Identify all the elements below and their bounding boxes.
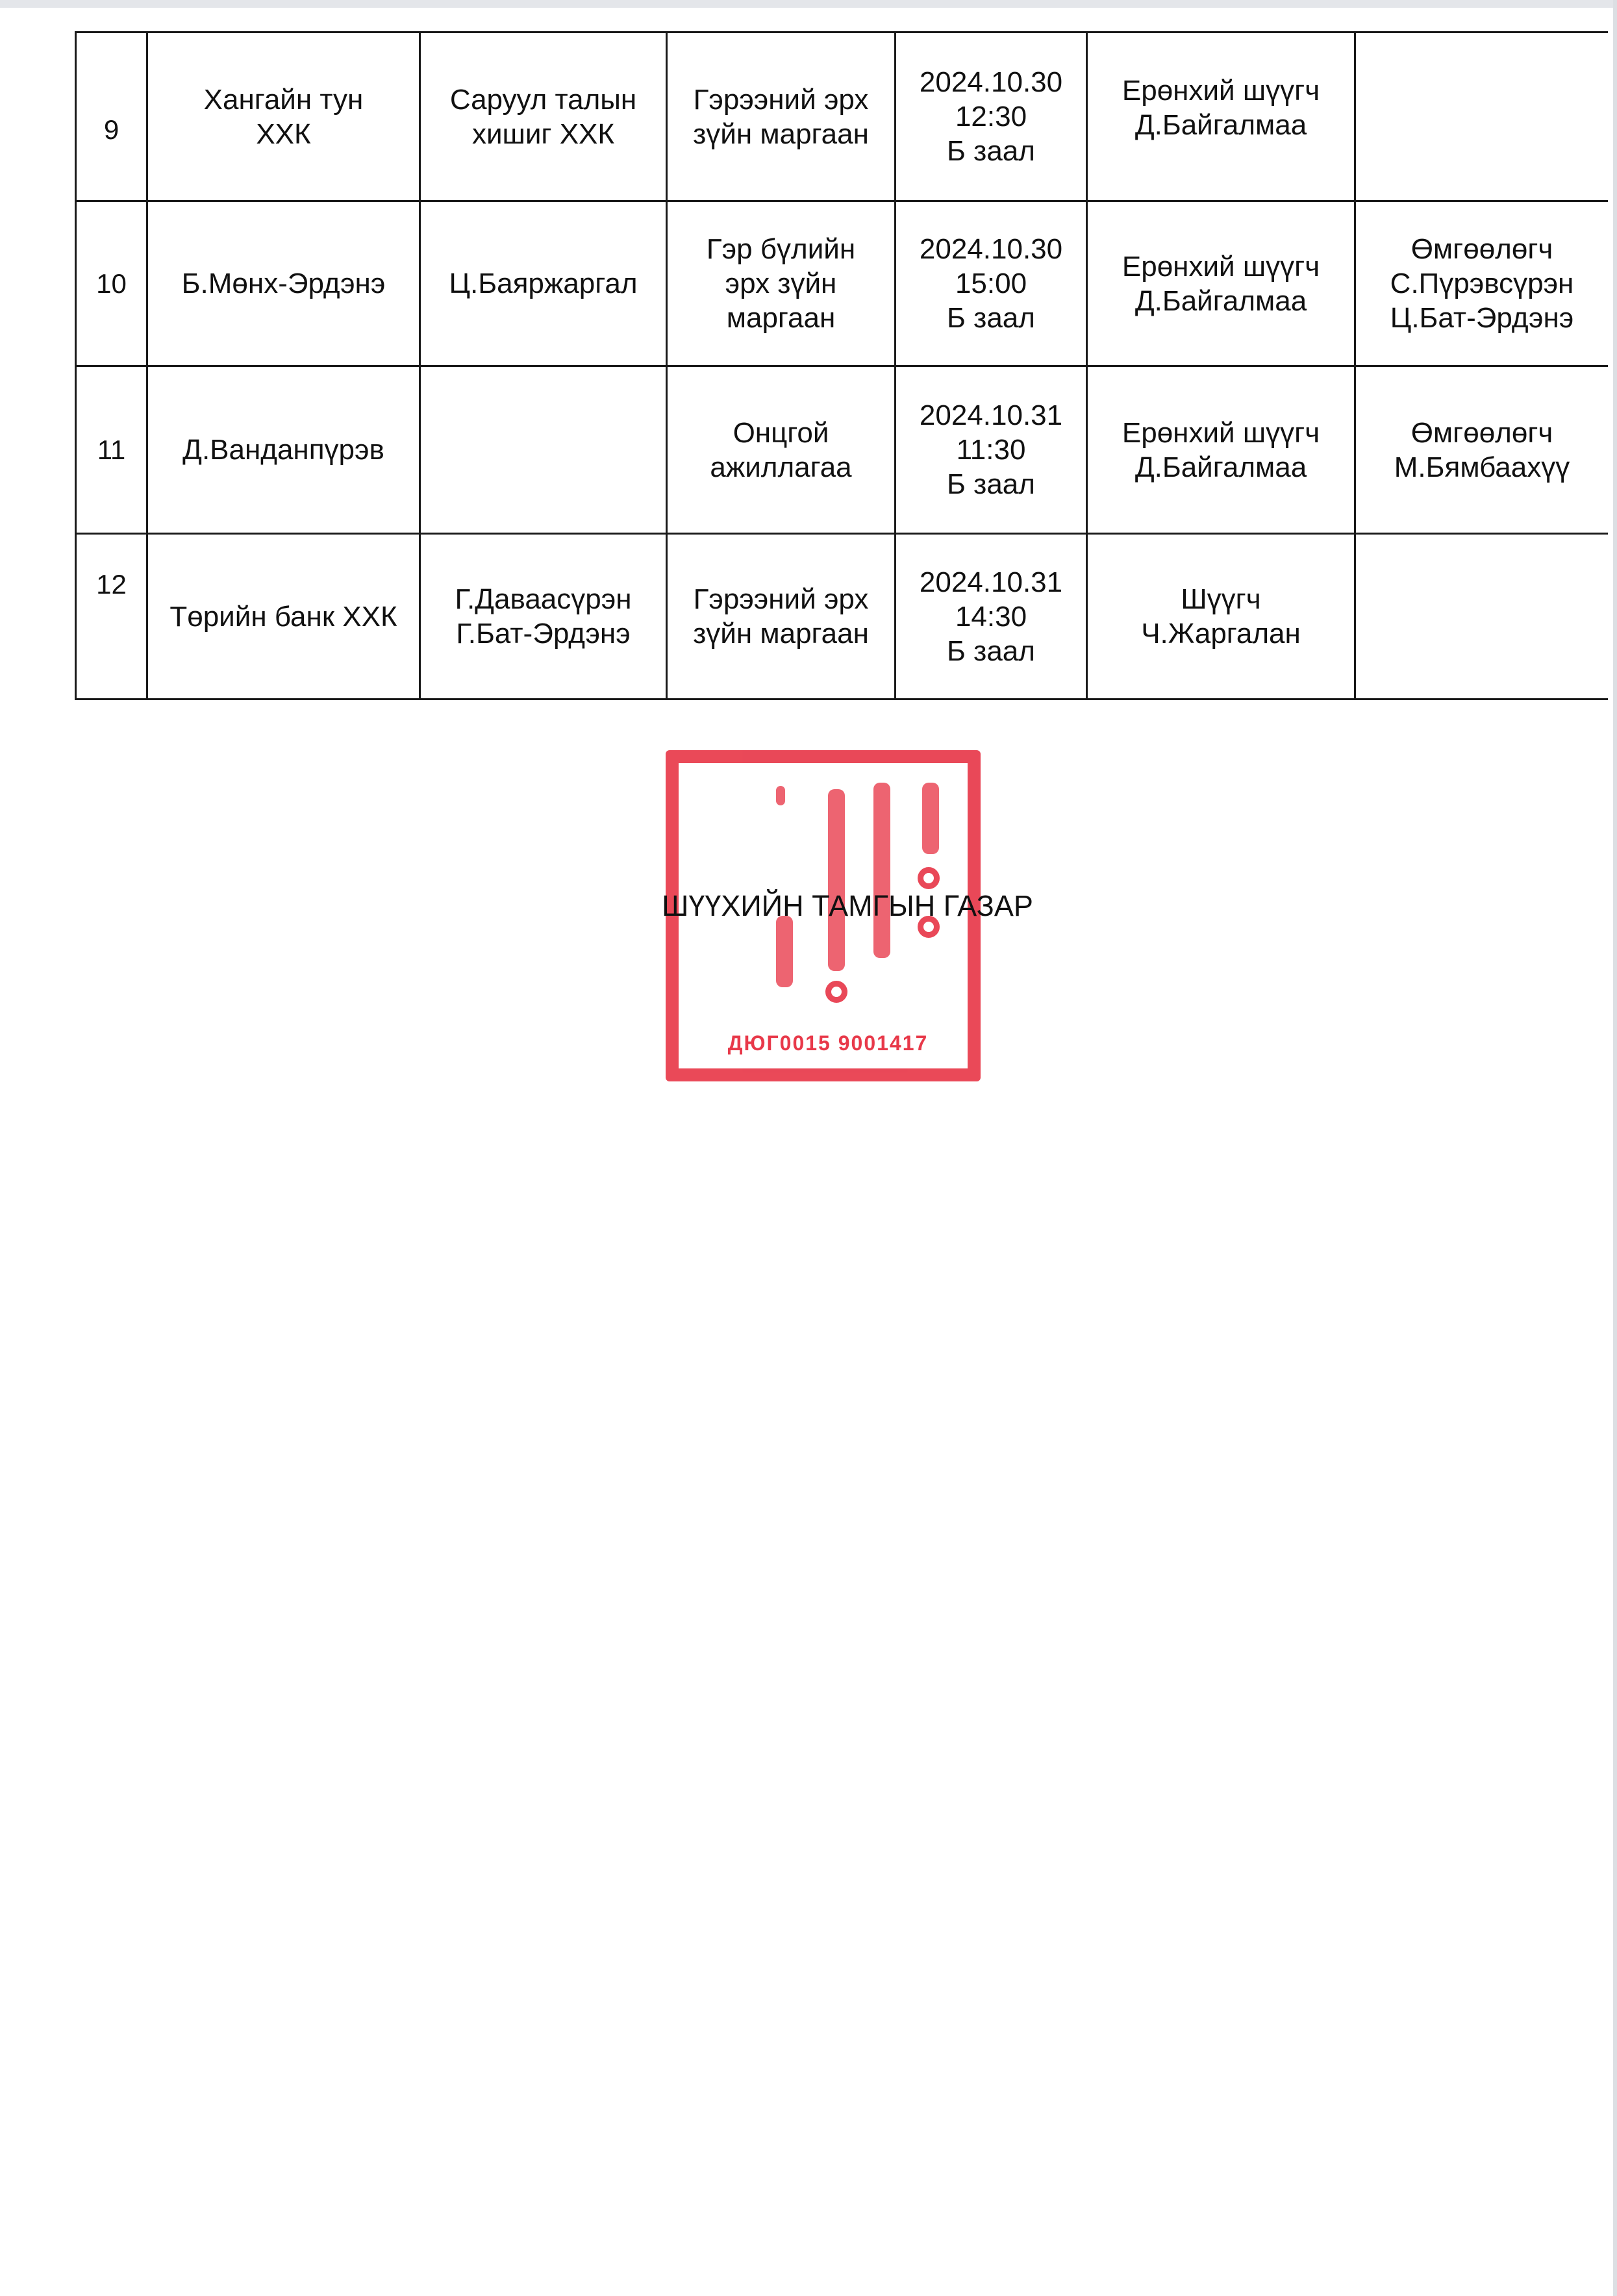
datetime-room-cell: 2024.10.31 11:30 Б заал [896, 367, 1086, 533]
datetime-room-cell: 2024.10.30 15:00 Б заал [896, 202, 1086, 365]
mongol-script-glyph [776, 786, 785, 805]
judge-cell: Ерөнхий шүүгч Д.Байгалмаа [1088, 33, 1354, 200]
defendant-cell: Г.Даваасүрэн Г.Бат-Эрдэнэ [421, 535, 666, 698]
stamp-caption: ШҮҮХИЙН ТАМГЫН ГАЗАР [649, 890, 1046, 922]
case-type-cell: Онцгой ажиллагаа [668, 367, 894, 533]
table-border-bottom [75, 698, 1608, 700]
defendant-cell: Ц.Баяржаргал [421, 202, 666, 365]
defendant-cell [421, 367, 666, 533]
participants-cell [1356, 535, 1608, 698]
plaintiff-cell: Хангайн тун ХХК [148, 33, 419, 200]
scan-edge-top [0, 0, 1617, 8]
participants-cell: Өмгөөлөгч М.Бямбаахүү [1356, 367, 1608, 533]
row-number: 9 [77, 33, 146, 200]
case-type-cell: Гэр бүлийн эрх зүйн маргаан [668, 202, 894, 365]
scan-edge-right [1613, 0, 1617, 2296]
row-number: 12 [77, 535, 146, 698]
row-number: 10 [77, 202, 146, 365]
row-number: 11 [77, 367, 146, 533]
mongol-script-glyph [922, 783, 939, 854]
mongol-script-glyph [873, 783, 890, 958]
plaintiff-cell: Д.Ванданпүрэв [148, 367, 419, 533]
case-type-cell: Гэрээний эрх зүйн маргаан [668, 535, 894, 698]
datetime-room-cell: 2024.10.30 12:30 Б заал [896, 33, 1086, 200]
mongol-script-glyph [825, 981, 847, 1003]
mongol-script-glyph [918, 867, 940, 889]
defendant-cell: Саруул талын хишиг ХХК [421, 33, 666, 200]
mongol-script-glyph [828, 789, 845, 971]
mongol-script-glyph [776, 916, 793, 987]
participants-cell [1356, 33, 1608, 200]
datetime-room-cell: 2024.10.31 14:30 Б заал [896, 535, 1086, 698]
judge-cell: Ерөнхий шүүгч Д.Байгалмаа [1088, 367, 1354, 533]
judge-cell: Ерөнхий шүүгч Д.Байгалмаа [1088, 202, 1354, 365]
hearing-schedule-table: 9 Хангайн тун ХХК Саруул талын хишиг ХХК… [75, 31, 1608, 700]
participants-cell: Өмгөөлөгч С.Пүрэвсүрэн Ц.Бат-Эрдэнэ [1356, 202, 1608, 365]
plaintiff-cell: Б.Мөнх-Эрдэнэ [148, 202, 419, 365]
case-type-cell: Гэрээний эрх зүйн маргаан [668, 33, 894, 200]
plaintiff-cell: Төрийн банк ХХК [148, 535, 419, 698]
judge-cell: Шүүгч Ч.Жаргалан [1088, 535, 1354, 698]
stamp-registration-number: ДЮГ0015 9001417 [724, 1031, 932, 1055]
